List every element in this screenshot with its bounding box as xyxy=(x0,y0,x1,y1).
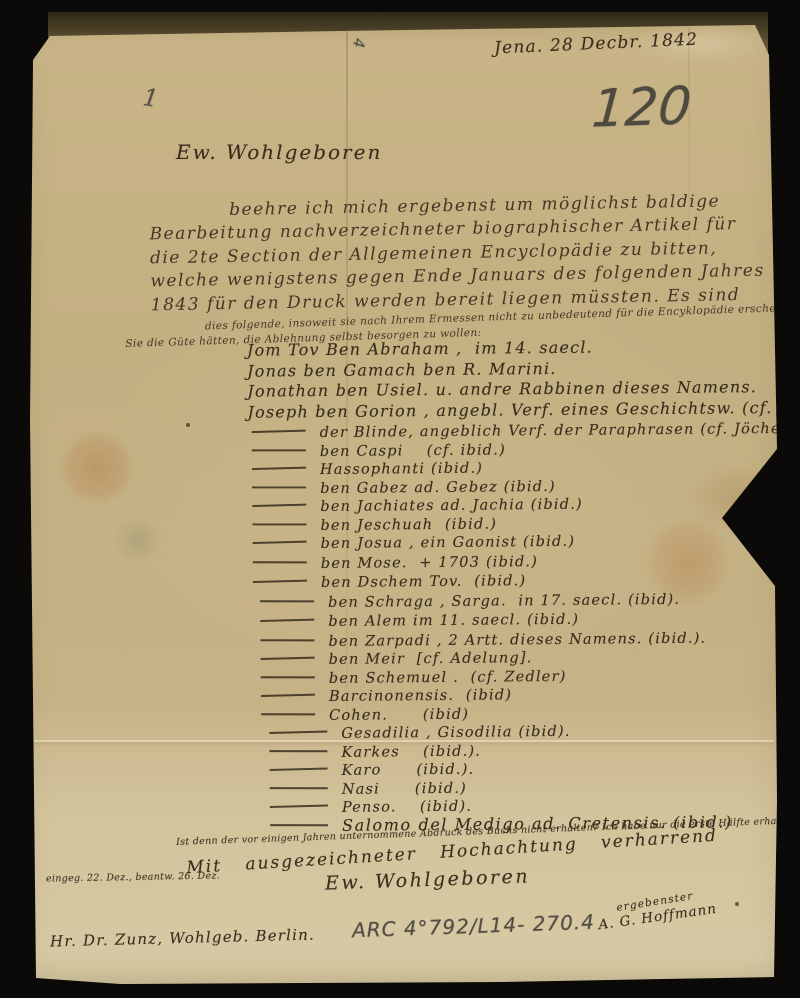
list-dash xyxy=(252,449,306,451)
list-dash xyxy=(270,787,328,789)
list-dash xyxy=(253,541,307,544)
list-dash xyxy=(252,504,306,507)
list-dash xyxy=(270,804,328,808)
pencil-folio-mark: 1 xyxy=(141,83,160,113)
list-entry-text: Penso. (ibid). xyxy=(342,799,472,816)
pencil-shelfmark: ARC 4°792/L14- 270.4 xyxy=(352,910,596,942)
list-entry-text: Barcinonensis. (ibid) xyxy=(329,687,512,705)
list-entry-text: ben Alem im 11. saecl. (ibid.) xyxy=(328,612,579,630)
list-dash xyxy=(261,694,315,697)
list-dash xyxy=(261,657,315,660)
list-dash xyxy=(261,676,315,678)
list-entry-text: Gesadilia , Gisodilia (ibid). xyxy=(341,724,570,742)
list-entry-text: ben Schemuel . (cf. Zedler) xyxy=(329,668,567,686)
body-paragraph: beehre ich mich ergebenst um möglichst b… xyxy=(149,191,765,319)
scan-background: { "annotations": { "page_number_small": … xyxy=(0,0,800,998)
list-dash xyxy=(253,561,307,563)
dateline: Jena. 28 Decbr. 1842 xyxy=(494,30,699,59)
registry-note: eingeg. 22. Dez., beantw. 26. Dez. xyxy=(46,870,220,884)
list-dash xyxy=(269,750,327,752)
list-dash xyxy=(261,713,315,715)
list-entry-text: Jonathan ben Usiel. u. andre Rabbinen di… xyxy=(247,377,757,400)
list-entry-text: Jonas ben Gamach ben R. Marini. xyxy=(247,358,557,380)
list-entry-text: ben Meir [cf. Adelung]. xyxy=(329,650,533,668)
pencil-numbering-large: 120 xyxy=(590,76,693,140)
list-entry-text: Jom Tov Ben Abraham , im 14. saecl. xyxy=(247,338,593,360)
name-list: Jom Tov Ben Abraham , im 14. saecl. Jona… xyxy=(244,335,800,834)
list-dash xyxy=(270,824,328,826)
list-entry-text: Cohen. (ibid) xyxy=(329,706,469,723)
list-dash xyxy=(252,486,306,488)
list-dash xyxy=(260,639,314,641)
list-entry-text: ben Schraga , Sarga. in 17. saecl. (ibid… xyxy=(328,591,680,610)
ink-fleck xyxy=(735,902,739,906)
salutation: Ew. Wohlgeboren xyxy=(176,140,382,164)
list-dash xyxy=(260,600,314,602)
list-entry-text: ben Mose. + 1703 (ibid.) xyxy=(321,554,538,572)
list-entry-text: Nasi (ibid.) xyxy=(342,780,467,797)
list-entry-text: ben Dschem Tov. (ibid.) xyxy=(321,573,527,591)
list-entry-text: ben Josua , ein Gaonist (ibid.) xyxy=(321,534,576,552)
list-dash xyxy=(270,767,328,771)
list-dash xyxy=(260,619,314,622)
list-dash xyxy=(252,467,306,470)
ink-fleck xyxy=(186,423,190,427)
address-line: Hr. Dr. Zunz, Wohlgeb. Berlin. xyxy=(50,926,315,951)
list-entry-text: ben Jachiates ad. Jachia (ibid.) xyxy=(320,497,583,515)
list-dash xyxy=(253,580,307,583)
pencil-page-number: 4 xyxy=(349,37,368,49)
list-entry-text: Joseph ben Gorion , angebl. Verf. eines … xyxy=(247,397,800,421)
list-entry-text: Karo (ibid.). xyxy=(342,762,475,779)
list-entry-text: Karkes (ibid.). xyxy=(341,743,481,760)
list-dash xyxy=(252,523,306,525)
list-dash xyxy=(252,430,306,433)
paper: 4 1 120 Jena. 28 Decbr. 1842 Ew. Wohlgeb… xyxy=(0,0,800,998)
list-entry-text: Hassophanti (ibid.) xyxy=(320,461,483,478)
closing-salutation: Ew. Wohlgeboren xyxy=(325,865,531,894)
list-dash xyxy=(269,730,327,734)
